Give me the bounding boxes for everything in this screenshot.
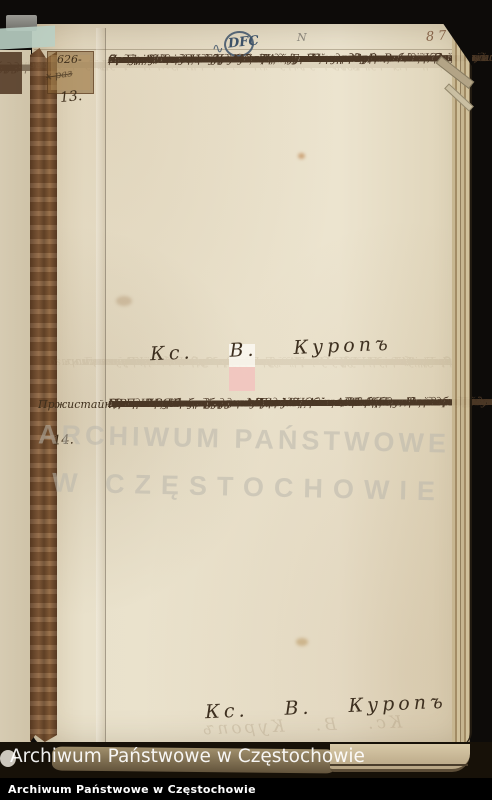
hw-line: мотнымъ прочитанъ и Нами подписанъ ———: [108, 393, 393, 413]
pencil-check-mark: N: [297, 31, 307, 44]
archive-footer-bar: Archiwum Państwowe w Częstochowie: [0, 778, 492, 800]
binding-tape-strip: [30, 48, 57, 742]
archive-footer-bar-text: Archiwum Państwowe w Częstochowie: [8, 783, 256, 796]
margin-crease: [96, 28, 105, 744]
monogram-letters: DFC: [227, 33, 259, 51]
paper-stain: [298, 153, 305, 159]
hw-line: прочитанъ и Нами подписанъ ———: [108, 50, 329, 69]
page-edge-stack: [452, 26, 472, 746]
margin-rule-line: [105, 28, 106, 744]
archival-scan: Состоялось въ деревнѣ Пржистайнѣ десятаг…: [0, 0, 492, 800]
page-number: 87: [426, 28, 452, 45]
paper-stain: [296, 638, 308, 646]
paper-stain: [116, 296, 132, 306]
teal-paper-sliver: [0, 26, 55, 50]
archive-photo-caption: Archiwum Państwowe w Częstochowie: [10, 746, 365, 767]
stamp-pink-half: [229, 367, 255, 391]
margin-act-reference: 626-: [57, 53, 82, 66]
previous-page-edge: Состоялось въ деревнѣ Пржистайнѣ десятаг…: [0, 50, 31, 762]
entry-13-number: 13.: [59, 88, 83, 106]
